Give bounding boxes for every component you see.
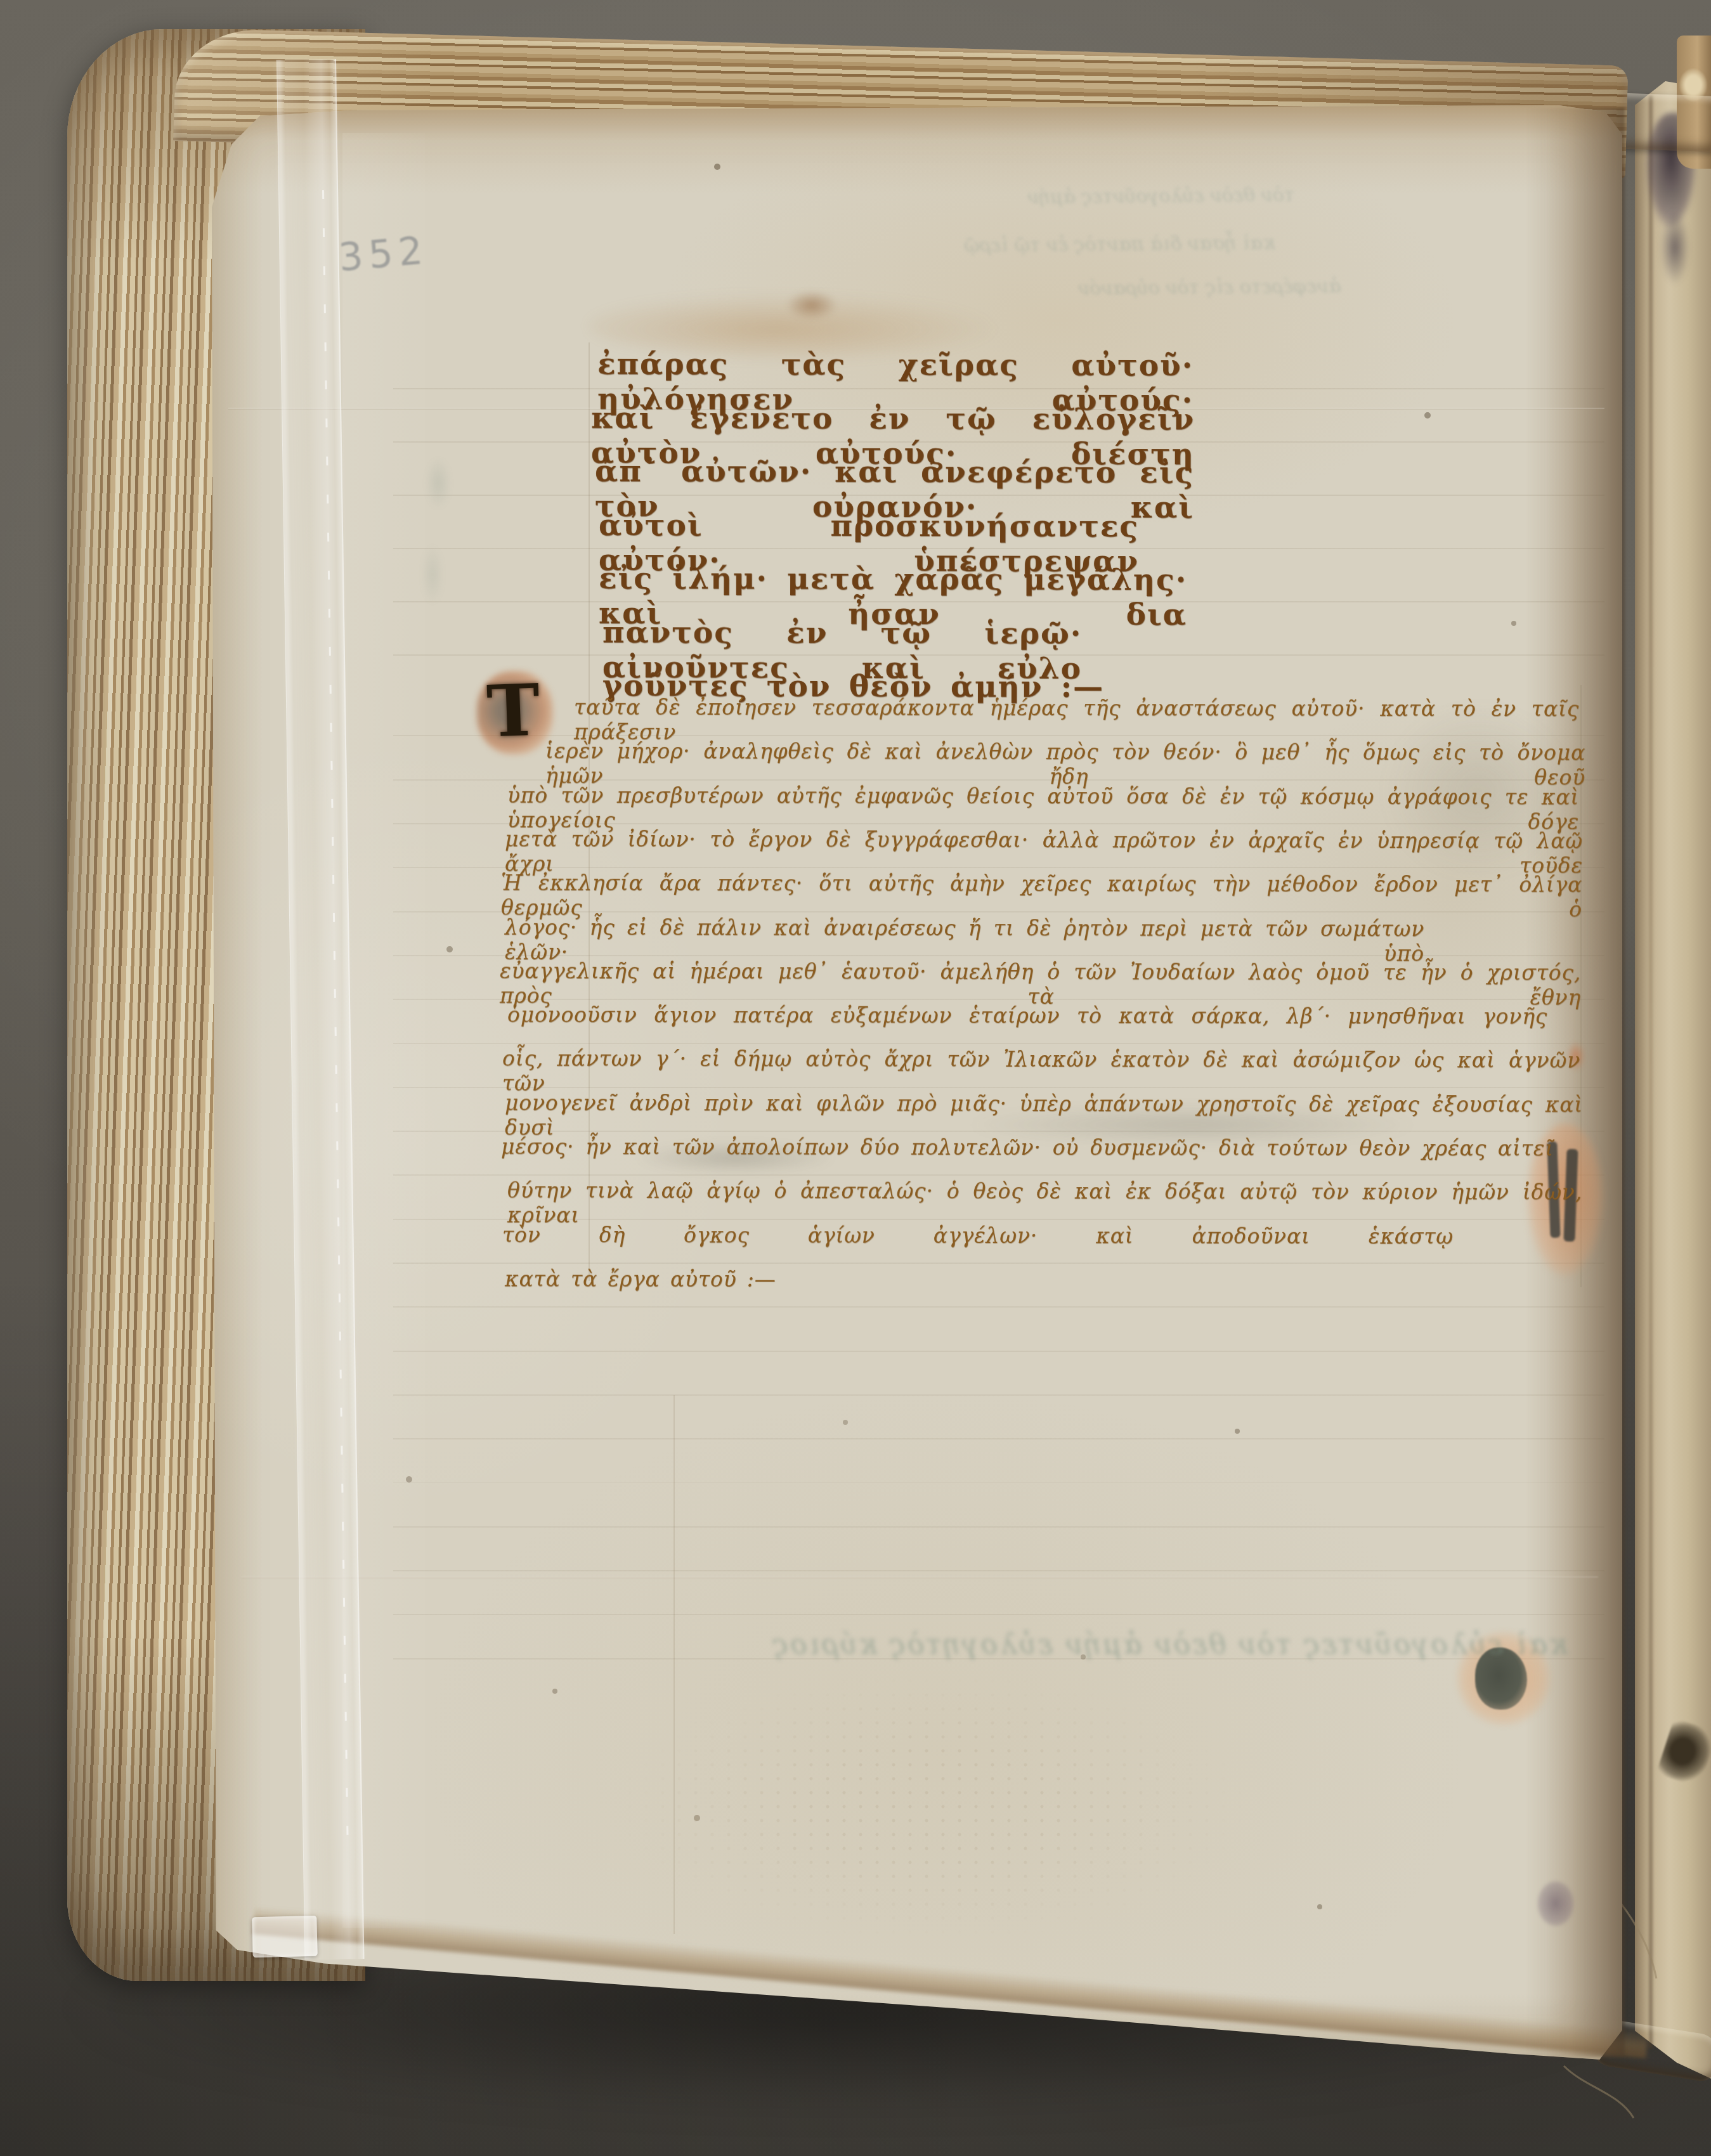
manuscript-line: λόγος· ἧς εἰ δὲ πάλιν καὶ ἀναιρέσεως ἤ τ…	[505, 914, 1424, 966]
show-through-ghost-line: καὶ ἦσαν διὰ παντὸς ἐν τῷ ἱερῷ	[964, 232, 1275, 257]
manuscript-line: ὑπὸ τῶν πρεσβυτέρων αὐτῆς ἐμφανῶς θείοις…	[507, 783, 1579, 834]
manuscript-line: τὸν δὴ ὄγκος ἁγίων ἀγγέλων· καὶ ἀποδοῦνα…	[502, 1222, 1454, 1249]
pencil-folio-number: 352	[337, 228, 430, 280]
manuscript-line: ἱερὲν μήχορ· ἀναληφθεὶς δὲ καὶ ἀνελθὼν π…	[545, 739, 1585, 790]
facing-leaf-crease	[1649, 95, 1653, 2048]
manuscript-line: ὁμονοοῦσιν ἅγιον πατέρα εὐξαμένων ἑταίρω…	[507, 1003, 1547, 1029]
initial-letter-tau: Τ	[486, 675, 541, 748]
headband-fray	[1679, 68, 1707, 101]
manuscript-line: οἷς, πάντων γ΄· εἰ δήμῳ αὐτὸς ἄχρι τῶν Ἰ…	[502, 1046, 1580, 1098]
show-through-margin	[410, 438, 467, 666]
purple-stain	[1537, 1881, 1574, 1926]
brown-stain-spot	[786, 290, 837, 320]
parchment-follicle-texture	[621, 1674, 1243, 1940]
manuscript-line: θύτην τινὰ λαῷ ἁγίῳ ὁ ἀπεσταλώς· ὁ θεὸς …	[507, 1178, 1582, 1230]
manuscript-photo: τὸν θεὸν εὐλογοῦντες ἀμήνκαὶ ἦσαν διὰ πα…	[0, 0, 1711, 2156]
ink-specks	[0, 0, 4, 4]
tape-end-tab	[252, 1916, 318, 1958]
show-through-mirrored-line: καὶ εὐλογοῦντες τὸν θεὸν ἀμήν εὐλογητὸς …	[604, 1628, 1568, 1661]
show-through-ghost-line: τὸν θεὸν εὐλογοῦντες ἀμήν	[1027, 184, 1295, 209]
parchment-crease	[241, 1576, 1598, 1578]
manuscript-line: κατὰ τὰ ἔργα αὐτοῦ :—	[505, 1266, 1038, 1292]
show-through-ghost-line: ἀνεφέρετο εἰς τὸν οὐρανόν	[1078, 275, 1341, 300]
manuscript-line: Ἡ ἐκκλησία ἄρα πάντες· ὅτι αὐτῆς ἀμὴν χε…	[501, 871, 1582, 922]
gutter-stain	[1660, 209, 1689, 285]
manuscript-line: μέσος· ἦν καὶ τῶν ἀπολοίπων δύο πολυτελῶ…	[501, 1134, 1554, 1161]
